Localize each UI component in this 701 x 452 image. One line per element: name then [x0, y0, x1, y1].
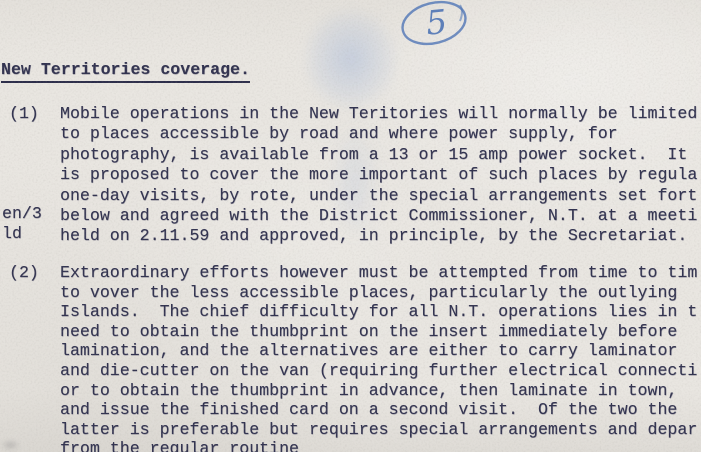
typed-line: Extraordinary efforts however must be at… [60, 263, 701, 283]
typed-line: one-day visits, by rote, under the speci… [60, 186, 701, 206]
paragraph-marker: (2) [9, 263, 39, 282]
document-scan-page: { "page_number": "5", "heading": { "text… [0, 0, 701, 452]
typed-line: from the regular routine [60, 439, 701, 452]
typed-line: latter is preferable but requires specia… [60, 420, 701, 440]
typed-line: to places accessible by road and where p… [60, 124, 701, 144]
typed-line: lamination, and the alternatives are eit… [60, 341, 701, 361]
handwritten-page-number-circle: 5 [394, 0, 476, 52]
paragraph-marker: (1) [9, 104, 39, 123]
typed-line: Islands. The chief difficulty for all N.… [60, 302, 701, 322]
paragraph-2: Extraordinary efforts however must be at… [60, 263, 701, 452]
typed-line: photography, is available from a 13 or 1… [60, 145, 701, 165]
typed-line: or to obtain the thumbprint in advance, … [60, 381, 701, 401]
pen-circle-icon: 5 [394, 0, 476, 52]
typed-line: to vover the less accessible places, par… [60, 283, 701, 303]
gray-edge-smudge [0, 438, 26, 452]
page-number: 5 [424, 2, 449, 43]
typed-line: need to obtain the thumbprint on the ins… [60, 322, 701, 342]
margin-note: ld [2, 224, 22, 243]
margin-note: en/3 [2, 204, 42, 223]
section-heading: New Territories coverage. [1, 60, 250, 83]
typed-line: Mobile operations in the New Teritories … [60, 104, 701, 124]
typed-line: and issue the finished card on a second … [60, 400, 701, 420]
paper-background: 5 New Territories coverage. en/3 ld (1) … [0, 0, 701, 452]
typed-line: held on 2.11.59 and approved, in princip… [60, 226, 701, 246]
typed-line: and die-cutter on the van (requiring fur… [60, 361, 701, 381]
typed-line: is proposed to cover the more important … [60, 165, 701, 185]
typed-line: below and agreed with the District Commi… [60, 206, 701, 226]
paragraph-1: Mobile operations in the New Teritories … [60, 104, 701, 247]
